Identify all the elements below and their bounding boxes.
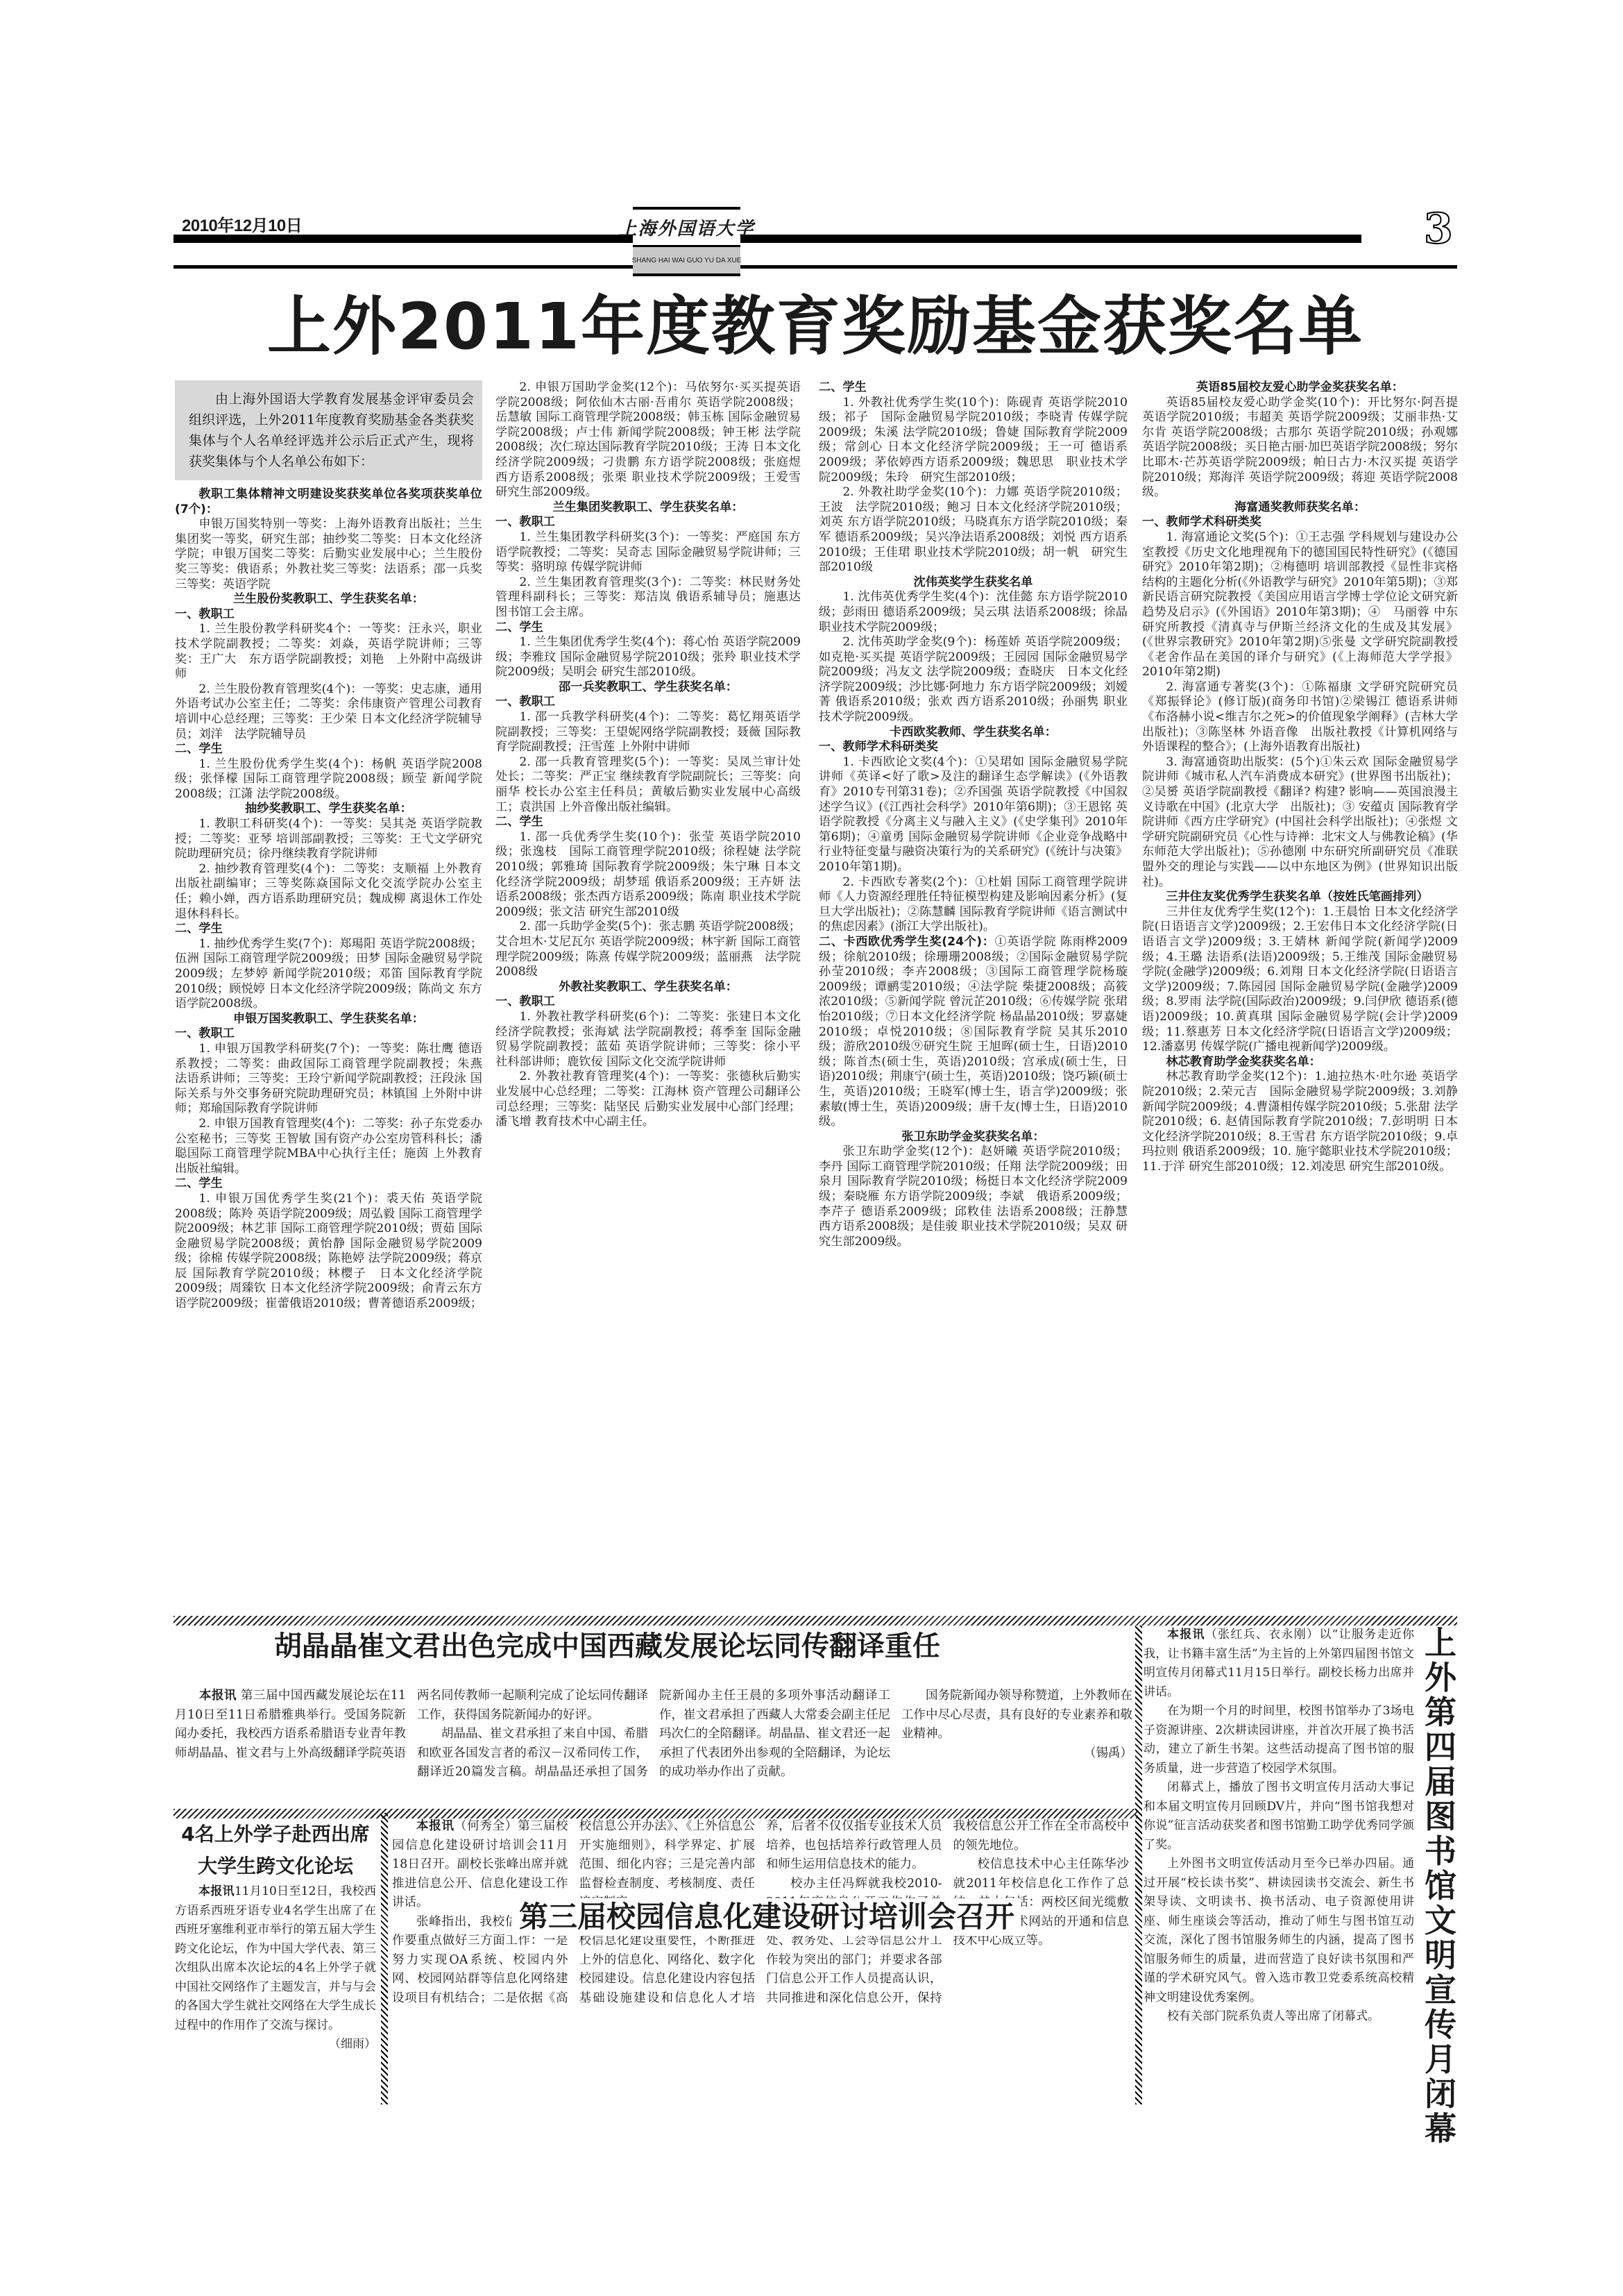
section-heading: 抽纱奖教职工、学生获奖名单： <box>175 802 482 817</box>
masthead-bar-right <box>740 235 1361 243</box>
article-paragraph: 校有关部门院系负责人等出席了闭幕式。 <box>1144 2007 1414 2027</box>
award-text: 林芯教育助学金奖(12个)：1.迪拉热木·吐尔逊 英语学院2010级；2.荣元吉… <box>1142 1070 1458 1174</box>
column-2: 2. 申银万国助学金奖(12个)：马依努尔·买买提英语学院2008级；阿依仙木古… <box>495 380 801 1130</box>
wavy-divider-vertical <box>1135 1626 1142 2104</box>
article-title-info-seminar: 第三届校园信息化建设研讨培训会召开 <box>512 1898 1021 1936</box>
lead-label: 本报讯 <box>199 1689 237 1703</box>
award-text: 2. 海富通专著奖(3个)：①陈福康 文学研究院研究员《郑振铎论》(修订版)(商… <box>1142 680 1458 755</box>
section-heading: 英语85届校友爱心助学金奖获奖名单： <box>1142 380 1458 396</box>
subsection-label: 一、教职工 <box>495 995 801 1010</box>
section-heading: 邵一兵奖教职工、学生获奖名单： <box>495 680 801 695</box>
award-text: 2. 沈伟英助学金奖(9个)：杨莲娇 英语学院2009级；如克艳·买买提 英语学… <box>819 635 1128 725</box>
byline: （细雨） <box>175 2035 376 2054</box>
award-text: 三井住友优秀学生奖(12个)：1.王晨怡 日本文化经济学院(日语语言文学)200… <box>1142 905 1458 1055</box>
section-heading: 海富通奖教师获奖名单： <box>1142 500 1458 516</box>
award-text: 2. 兰生集团教育管理奖(3个)：二等奖：林民财务处管理科副科长；三等奖：郑洁岚… <box>495 575 801 621</box>
column-1: 由上海外国语大学教育发展基金评审委员会组织评选，上外2011年度教育奖励基金各类… <box>175 380 482 1311</box>
paper-name-pinyin: SHANG HAI WAI GUO YU DA XUE <box>633 247 740 273</box>
subsection-label: 二、卡西欧优秀学生奖(24个)： <box>819 935 994 949</box>
award-text: 2. 兰生股份教育管理奖(4个)：一等奖：史志康，通用外语考试办公室主任；二等奖… <box>175 682 482 742</box>
award-text: 2. 邵一兵教育管理奖(5个)：一等奖：吴凤兰审计处处长；二等奖：严正宝 继续教… <box>495 755 801 815</box>
subsection-label: 一、教职工 <box>495 515 801 530</box>
article-paragraph: 本报讯11月10日至12日，我校西方语系西班牙语专业4名学生出席了在西班牙塞维利… <box>175 1882 376 2035</box>
subsection-label: 二、学生 <box>175 922 482 937</box>
masthead-bar-left <box>173 235 633 243</box>
page-title: 上外2011年度教育奖励基金获奖名单 <box>173 292 1457 362</box>
award-text: 2. 申银万国教育管理奖(4个)：二等奖：孙子东党委办公室秘书；三等奖 王智敏 … <box>175 1117 482 1176</box>
subsection-label: 一、教师学术科研类奖 <box>1142 515 1458 530</box>
masthead-rule <box>173 265 1457 269</box>
award-text: 1. 教职工科研奖(4个)：一等奖：吴其尧 英语学院教授；二等奖：亚琴 培训部副… <box>175 817 482 862</box>
award-text: 2. 外教社教育管理奖(4个)：一等奖：张德秋后勤实业发展中心总经理；二等奖：江… <box>495 1070 801 1129</box>
award-text: 1. 兰生股份教学科研奖4个：一等奖：汪永兴，职业技术学院副教授；二等奖：刘焱，… <box>175 622 482 682</box>
subsection-label: 二、学生 <box>495 815 801 830</box>
subsection-label: 二、学生 <box>495 621 801 636</box>
article-title-library-month: 上外第四届图书馆文明宣传月闭幕 <box>1424 1626 1457 2146</box>
subsection-label: 一、教职工 <box>175 607 482 623</box>
lead-label: 本报讯 <box>198 1884 235 1898</box>
section-heading: 外教社奖教职工、学生获奖名单： <box>495 980 801 995</box>
article-paragraph: 闭幕式上，播放了图书文明宣传月活动大事记和本届文明宣传月回顾DV片，并向“图书馆… <box>1144 1778 1414 1855</box>
article-paragraph: 上外图书文明宣传活动月至今已举办四届。通过开展“校长读书奖”、耕读园读书交流会、… <box>1144 1855 1414 2007</box>
byline: （锡禹） <box>901 1744 1132 1764</box>
award-text: 申银万国奖特别一等奖：上海外语教育出版社；兰生集团奖一等奖，研究生部；抽纱奖二等… <box>175 517 482 592</box>
subsection-label: 二、学生 <box>175 1176 482 1192</box>
award-text: 1. 兰生集团教学科研奖(3个)：一等奖：严庭国 东方语学院教授；二等奖：吴奇志… <box>495 530 801 575</box>
award-text: 1. 申银万国教学科研奖(7个)：一等奖：陈壮鹰 德语系教授；二等奖：曲政国际工… <box>175 1042 482 1117</box>
wavy-divider <box>173 1616 1457 1626</box>
wavy-divider-vertical <box>381 1813 388 2104</box>
subsection-label: 一、教职工 <box>175 1027 482 1042</box>
award-text: 1. 海富通论文奖(5个)：①王志强 学科规划与建设办公室教授《历史文化地理视角… <box>1142 530 1458 680</box>
article-library-month: 本报讯（张红兵、衣永刚）以“让服务走近你我，让书籍丰富生活”为主旨的上外第四届图… <box>1144 1626 1414 2027</box>
article-tibet-forum: 本报讯 第三届中国西藏发展论坛在11月10日至11日希腊雅典举行。受国务院新闻办… <box>175 1687 1132 1805</box>
subsection-label: 二、学生 <box>175 742 482 757</box>
award-text: 2. 抽纱教育管理奖(4个)：二等奖：支顺福 上外教育出版社副编审；三等奖陈焱国… <box>175 862 482 922</box>
lead-label: 本报讯 <box>416 1819 454 1833</box>
award-text: 1. 外教社教学科研奖(6个)：二等奖：张建日本文化经济学院教授；张海斌 法学院… <box>495 1010 801 1070</box>
subsection-label: 一、教师学术科研类奖 <box>819 740 1128 755</box>
article-title-tibet-forum: 胡晶晶崔文君出色完成中国西藏发展论坛同传翻译重任 <box>243 1631 1138 1662</box>
article-paragraph: 在为期一个月的时间里，校图书馆举办了3场电子资源讲座、2次耕读园讲座，并首次开展… <box>1144 1702 1414 1778</box>
award-text: 1. 抽纱优秀学生奖(7个)：郑瑒阳 英语学院2008级；伍洲 国际工商管理学院… <box>175 937 482 1012</box>
award-text: 1. 邵一兵教学科研奖(4个)：二等奖：葛忆翔英语学院副教授；三等奖：王望妮网络… <box>495 710 801 755</box>
award-text: 二、卡西欧优秀学生奖(24个)：①英语学院 陈雨桦2009级；徐航2010级；徐… <box>819 935 1128 1130</box>
subsection-label: 一、教职工 <box>495 695 801 710</box>
section-heading: 兰生股份奖教职工、学生获奖名单： <box>175 592 482 607</box>
intro-box: 由上海外国语大学教育发展基金评审委员会组织评选，上外2011年度教育奖励基金各类… <box>175 380 482 480</box>
section-heading: 张卫东助学金奖获奖名单： <box>819 1130 1128 1145</box>
award-text: 张卫东助学金奖(12个)：赵妍曦 英语学院2010级；李丹 国际工商管理学院20… <box>819 1145 1128 1249</box>
award-text: 1. 邵一兵优秀学生奖(10个)：张莹 英语学院2010级；张逸枝 国际工商管理… <box>495 830 801 920</box>
article-info-seminar: 本报讯（何秀全）第三届校园信息化建设研讨培训会11月18日召开。副校长张峰出席并… <box>392 1817 1129 2102</box>
award-text: 3. 海富通资助出版奖：(5个)①朱云欢 国际金融贸易学院讲师《城市私人汽车消费… <box>1142 755 1458 890</box>
lead-label: 本报讯 <box>1167 1628 1205 1641</box>
section-heading: 兰生集团奖教职工、学生获奖名单： <box>495 500 801 516</box>
article-spain-forum: 本报讯11月10日至12日，我校西方语系西班牙语专业4名学生出席了在西班牙塞维利… <box>175 1882 376 2054</box>
award-text: 英语85届校友爱心助学金奖(10个)：开比努尔·阿吾提 英语学院2010级；韦超… <box>1142 396 1458 500</box>
column-4: 英语85届校友爱心助学金奖获奖名单： 英语85届校友爱心助学金奖(10个)：开比… <box>1142 380 1458 1174</box>
subsection-label: 二、学生 <box>819 380 1128 396</box>
award-text: 2. 外教社助学金奖(10个)：力娜 英语学院2010级；王波 法学院2010级… <box>819 485 1128 575</box>
article-paragraph: 国务院新闻办领导称赞道，上外教师在工作中尽心尽责，具有良好的专业素养和敬业精神。 <box>901 1687 1132 1744</box>
section-heading: 教职工集体精神文明建设奖获奖单位各奖项获奖单位(7个)： <box>175 487 482 517</box>
article-title-spain-forum: 4名上外学子赴西出席 大学生跨文化论坛 <box>175 1818 376 1882</box>
award-text: 1. 兰生股份优秀学生奖(4个)：杨帆 英语学院2008级；张怿檬 国际工商管理… <box>175 757 482 802</box>
award-text: 1. 沈伟英优秀学生奖(4个)：沈佳懿 东方语学院2010级；彭雨田 德语系20… <box>819 590 1128 635</box>
award-text: 2. 邵一兵助学金奖(5个)：张志鹏 英语学院2008级；艾合坦木·艾尼瓦尔 英… <box>495 920 801 979</box>
issue-date: 2010年12月10日 <box>182 212 302 236</box>
section-heading: 申银万国奖教职工、学生获奖名单： <box>175 1012 482 1027</box>
award-text: 1. 外教社优秀学生奖(10个)：陈砚青 英语学院2010级；祁子 国际金融贸易… <box>819 396 1128 486</box>
column-3: 二、学生 1. 外教社优秀学生奖(10个)：陈砚青 英语学院2010级；祁子 国… <box>819 380 1128 1249</box>
award-text: 2. 卡西欧专著奖(2个)：①杜娟 国际工商管理学院讲师《人力资源经理胜任特征模… <box>819 875 1128 935</box>
award-text: 1. 兰生集团优秀学生奖(4个)：蒋心怡 英语学院2009级；李雅玟 国际金融贸… <box>495 635 801 680</box>
award-text: 1. 申银万国优秀学生奖(21个)：裘天佑 英语学院2008级；陈羚 英语学院2… <box>175 1192 482 1311</box>
intro-text: 由上海外国语大学教育发展基金评审委员会组织评选，上外2011年度教育奖励基金各类… <box>189 389 474 472</box>
award-text: 1. 卡西欧论文奖(4个)：①吴珺如 国际金融贸易学院讲师《英译<好了歌>及注的… <box>819 755 1128 875</box>
award-list: ①英语学院 陈雨桦2009级；徐航2010级；徐珊珊2008级；②国际金融贸易学… <box>819 935 1128 1129</box>
article-paragraph: 本报讯（张红兵、衣永刚）以“让服务走近你我，让书籍丰富生活”为主旨的上外第四届图… <box>1144 1626 1414 1702</box>
section-heading: 林芯教育助学金奖获奖名单： <box>1142 1055 1458 1070</box>
section-heading: 三井住友奖优秀学生获奖名单（按姓氏笔画排列） <box>1142 890 1458 905</box>
page-number: 3 <box>1424 208 1453 250</box>
section-heading: 卡西欧奖教师、学生获奖名单： <box>819 725 1128 741</box>
masthead-logo: 上海外国语大学 SHANG HAI WAI GUO YU DA XUE <box>633 207 740 276</box>
award-text: 2. 申银万国助学金奖(12个)：马依努尔·买买提英语学院2008级；阿依仙木古… <box>495 380 801 500</box>
section-heading: 沈伟英奖学生获奖名单 <box>819 575 1128 591</box>
paper-name-cn: 上海外国语大学 <box>633 210 740 247</box>
